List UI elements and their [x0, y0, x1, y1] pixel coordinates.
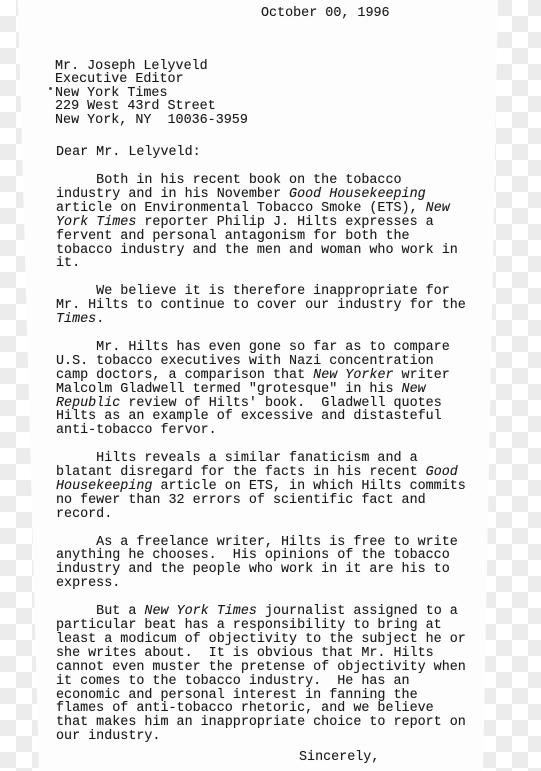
transparency-checkerboard-background: October 00, 1996 Mr. Joseph Lelyveld Exe… [0, 0, 541, 771]
letter-page: October 00, 1996 Mr. Joseph Lelyveld Exe… [0, 0, 541, 771]
closing-sincerely: Sincerely, [299, 751, 379, 765]
letter-body: Both in his recent book on the tobacco i… [56, 174, 466, 744]
letter-date: October 00, 1996 [261, 7, 390, 21]
salutation: Dear Mr. Lelyveld: [56, 146, 201, 160]
scan-speck [49, 87, 52, 90]
recipient-address-block: Mr. Joseph Lelyveld Executive Editor New… [55, 60, 248, 127]
